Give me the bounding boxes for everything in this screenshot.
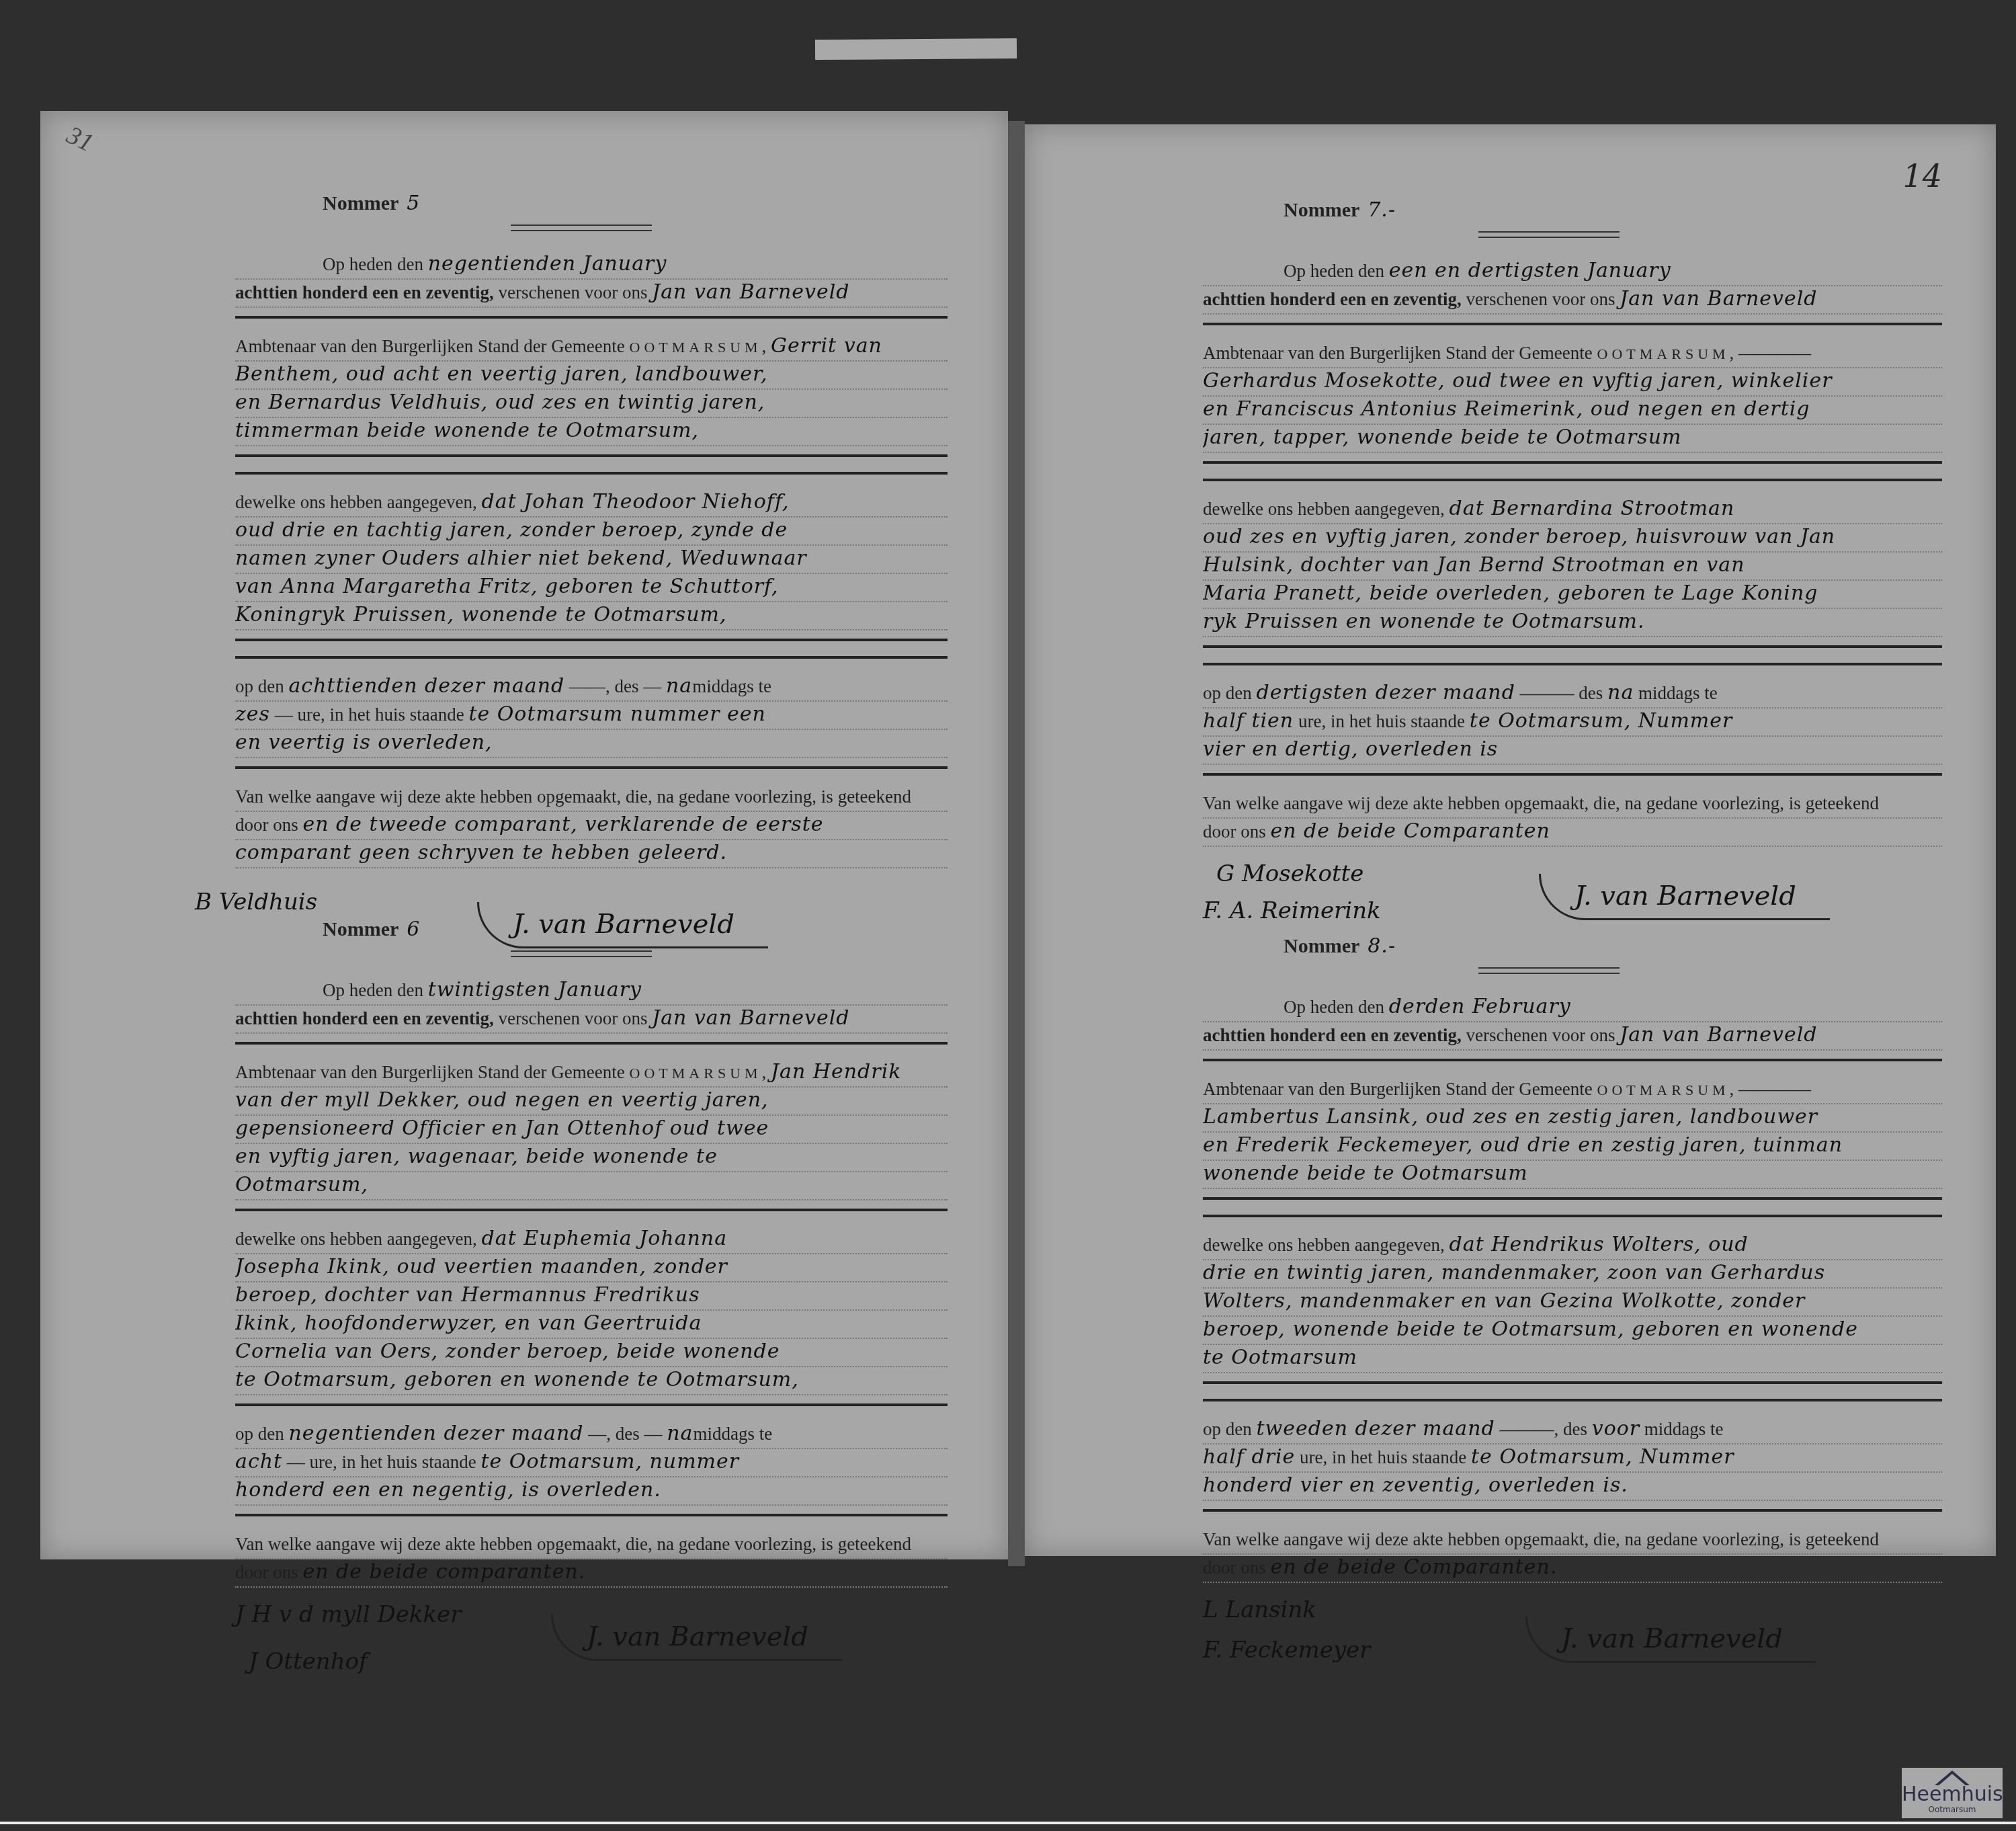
watermark-name: Heemhuis (1902, 1784, 2003, 1805)
bottom-edge-line (0, 1822, 2016, 1824)
death-place-line: half drie ure, in het huis staande te Oo… (1203, 1445, 1942, 1473)
witness-line: en vyftig jaren, wagenaar, beide wonende… (235, 1144, 948, 1172)
right-page: 14 Nommer7.- Op heden den een en dertigs… (1025, 124, 1996, 1556)
rule (1203, 645, 1942, 648)
rule (235, 766, 948, 769)
signature: G Mosekotte (1216, 860, 1363, 887)
left-page: 31 Nommer5 Op heden den negentienden Jan… (40, 111, 1008, 1559)
rule (235, 656, 948, 659)
year-line: achttien honderd een en zeventig, versch… (235, 1006, 948, 1034)
rule (1203, 323, 1942, 325)
witness-line: Ootmarsum, (235, 1172, 948, 1201)
date-line: Op heden den negentienden January (235, 251, 948, 280)
witness-line: jaren, tapper, wonende beide te Ootmarsu… (1203, 425, 1942, 453)
declaration-line: dewelke ons hebben aangegeven, dat Euphe… (235, 1226, 948, 1254)
declaration-line: te Ootmarsum, geboren en wonende te Ootm… (235, 1367, 948, 1395)
signature: J H v d myll Dekker (235, 1601, 461, 1628)
rule (1203, 479, 1942, 481)
death-place-line: acht — ure, in het huis staande te Ootma… (235, 1449, 948, 1477)
death-date-line: op den achttienden dezer maand ——, des —… (235, 674, 948, 702)
rule (1203, 1197, 1942, 1200)
declaration-line: oud drie en tachtig jaren, zonder beroep… (235, 518, 948, 546)
declaration-line: Wolters, mandenmaker en van Gezina Wolko… (1203, 1289, 1942, 1317)
signed-by-line: door ons en de tweede comparant, verklar… (235, 812, 948, 840)
record-6: Nommer6 Op heden den twintigsten January… (40, 918, 1008, 1702)
rule (1203, 773, 1942, 776)
watermark-sub: Ootmarsum (1902, 1805, 2003, 1814)
rule (235, 454, 948, 457)
witness-line: Gerhardus Mosekotte, oud twee en vyftig … (1203, 368, 1942, 397)
declaration-line: van Anna Margaretha Fritz, geboren te Sc… (235, 574, 948, 602)
year-line: achttien honderd een en zeventig, versch… (1203, 286, 1942, 315)
closing-line: Van welke aangave wij deze akte hebben o… (235, 1531, 948, 1559)
rule (1203, 1381, 1942, 1384)
rule (235, 1209, 948, 1211)
declaration-line: beroep, wonende beide te Ootmarsum, gebo… (1203, 1317, 1942, 1345)
declaration-line: namen zyner Ouders alhier niet bekend, W… (235, 546, 948, 574)
declaration-line: oud zes en vyftig jaren, zonder beroep, … (1203, 524, 1942, 553)
rule (235, 1514, 948, 1516)
rule (235, 472, 948, 475)
record-number: Nommer6 (323, 918, 948, 941)
rule (235, 1403, 948, 1406)
rule (1203, 1059, 1942, 1061)
ambtenaar-line: Ambtenaar van den Burgerlijken Stand der… (235, 333, 948, 362)
witness-line: timmerman beide wonende te Ootmarsum, (235, 418, 948, 446)
death-place-line: half tien ure, in het huis staande te Oo… (1203, 708, 1942, 737)
signature: F. Feckemeyer (1203, 1637, 1370, 1664)
signature: L Lansink (1203, 1596, 1316, 1623)
rule (1203, 1509, 1942, 1512)
officer-signature: J. van Barneveld (1539, 874, 1830, 920)
signature: B Veldhuis (195, 889, 317, 915)
death-date-line: op den tweeden dezer maand ———, des voor… (1203, 1416, 1942, 1445)
closing-line: Van welke aangave wij deze akte hebben o… (235, 784, 948, 812)
death-place-line: honderd vier en zeventig, overleden is. (1203, 1473, 1942, 1501)
signed-by-line: comparant geen schryven te hebben geleer… (235, 840, 948, 868)
declaration-line: dewelke ons hebben aangegeven, dat Hendr… (1203, 1232, 1942, 1260)
witness-line: Benthem, oud acht en veertig jaren, land… (235, 362, 948, 390)
witness-line: en Franciscus Antonius Reimerink, oud ne… (1203, 397, 1942, 425)
record-number: Nommer7.- (1284, 198, 1942, 222)
date-line: Op heden den twintigsten January (235, 977, 948, 1006)
declaration-line: te Ootmarsum (1203, 1345, 1942, 1373)
paper-tab-strip (815, 38, 1017, 60)
officer-signature: J. van Barneveld (551, 1615, 842, 1661)
witness-line: en Bernardus Veldhuis, oud zes en twinti… (235, 390, 948, 418)
year-line: achttien honderd een en zeventig, versch… (1203, 1022, 1942, 1051)
rule (1203, 1215, 1942, 1217)
rule (1203, 1399, 1942, 1401)
double-rule (511, 950, 652, 957)
declaration-line: drie en twintig jaren, mandenmaker, zoon… (1203, 1260, 1942, 1289)
death-place-line: en veertig is overleden, (235, 730, 948, 758)
pencil-mark: 31 (62, 120, 97, 158)
witness-line: Lambertus Lansink, oud zes en zestig jar… (1203, 1104, 1942, 1133)
double-rule (1478, 967, 1620, 974)
house-roof-icon (1935, 1771, 1970, 1785)
declaration-line: Koningryk Pruissen, wonende te Ootmarsum… (235, 602, 948, 630)
declaration-line: Hulsink, dochter van Jan Bernd Strootman… (1203, 553, 1942, 581)
declaration-line: Ikink, hoofdonderwyzer, en van Geertruid… (235, 1311, 948, 1339)
closing-line: Van welke aangave wij deze akte hebben o… (1203, 790, 1942, 819)
folio-number: 14 (1902, 158, 1942, 194)
death-place-line: vier en dertig, overleden is (1203, 737, 1942, 765)
record-7: Nommer7.- Op heden den een en dertigsten… (1025, 198, 1996, 961)
death-date-line: op den negentienden dezer maand —, des —… (235, 1421, 948, 1449)
officer-signature: J. van Barneveld (1525, 1617, 1816, 1663)
year-line: achttien honderd een en zeventig, versch… (235, 280, 948, 308)
closing-line: Van welke aangave wij deze akte hebben o… (1203, 1527, 1942, 1555)
record-8: Nommer8.- Op heden den derden February a… (1025, 934, 1996, 1697)
signed-by-line: door ons en de beide Comparanten (1203, 819, 1942, 847)
declaration-line: Maria Pranett, beide overleden, geboren … (1203, 581, 1942, 609)
signature: F. A. Reimerink (1203, 897, 1381, 924)
declaration-line: dewelke ons hebben aangegeven, dat Berna… (1203, 496, 1942, 524)
signature-block: L Lansink F. Feckemeyer J. van Barneveld (1203, 1596, 1942, 1697)
date-line: Op heden den derden February (1203, 994, 1942, 1022)
declaration-line: Cornelia van Oers, zonder beroep, beide … (235, 1339, 948, 1367)
ambtenaar-line: Ambtenaar van den Burgerlijken Stand der… (1203, 340, 1942, 368)
heemhuis-watermark-logo: Heemhuis Ootmarsum (1902, 1768, 2003, 1818)
rule (235, 1042, 948, 1045)
declaration-line: ryk Pruissen en wonende te Ootmarsum. (1203, 609, 1942, 637)
declaration-line: Josepha Ikink, oud veertien maanden, zon… (235, 1254, 948, 1283)
signed-by-line: door ons en de beide comparanten. (235, 1559, 948, 1588)
death-date-line: op den dertigsten dezer maand ——— des na… (1203, 680, 1942, 708)
signed-by-line: door ons en de beide Comparanten. (1203, 1555, 1942, 1583)
ambtenaar-line: Ambtenaar van den Burgerlijken Stand der… (235, 1059, 948, 1088)
declaration-line: beroep, dochter van Hermannus Fredrikus (235, 1283, 948, 1311)
witness-line: en Frederik Feckemeyer, oud drie en zest… (1203, 1133, 1942, 1161)
witness-line: van der myll Dekker, oud negen en veerti… (235, 1088, 948, 1116)
double-rule (511, 225, 652, 231)
death-place-line: honderd een en negentig, is overleden. (235, 1477, 948, 1506)
death-place-line: zes — ure, in het huis staande te Ootmar… (235, 702, 948, 730)
record-5: Nommer5 Op heden den negentienden Januar… (40, 192, 1008, 983)
signature: J Ottenhof (249, 1648, 368, 1675)
ambtenaar-line: Ambtenaar van den Burgerlijken Stand der… (1203, 1076, 1942, 1104)
date-line: Op heden den een en dertigsten January (1203, 258, 1942, 286)
rule (1203, 663, 1942, 665)
record-number: Nommer5 (323, 192, 948, 215)
record-number: Nommer8.- (1284, 934, 1942, 958)
witness-line: wonende beide te Ootmarsum (1203, 1161, 1942, 1189)
rule (1203, 461, 1942, 464)
book-gutter (1008, 121, 1025, 1566)
double-rule (1478, 231, 1620, 238)
rule (235, 639, 948, 641)
declaration-line: dewelke ons hebben aangegeven, dat Johan… (235, 489, 948, 518)
witness-line: gepensioneerd Officier en Jan Ottenhof o… (235, 1116, 948, 1144)
rule (235, 316, 948, 319)
signature-block: J H v d myll Dekker J Ottenhof J. van Ba… (235, 1601, 948, 1702)
